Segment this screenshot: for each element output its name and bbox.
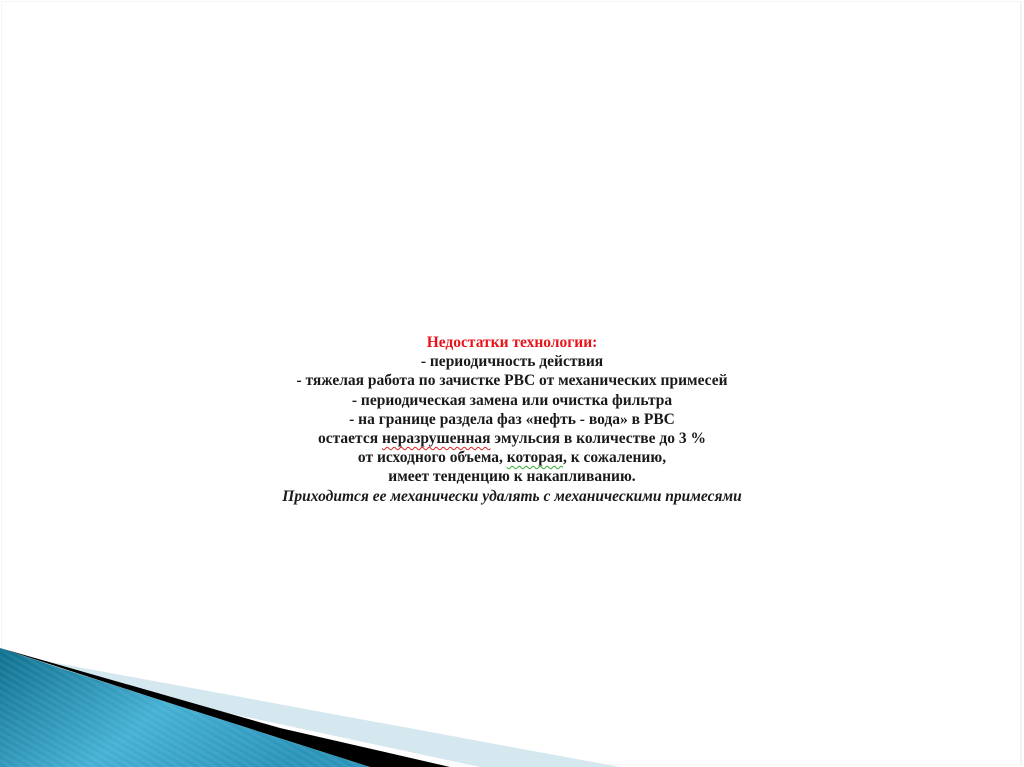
- slide-heading: Недостатки технологии:: [200, 333, 824, 352]
- bullet-line: - периодичность действия: [200, 352, 824, 371]
- text-fragment: , к сожалению,: [563, 449, 666, 466]
- presentation-slide: Недостатки технологии: - периодичность д…: [0, 0, 1024, 767]
- spellcheck-flagged-word: неразрушенная: [382, 430, 491, 447]
- text-line: остается неразрушенная эмульсия в количе…: [200, 429, 824, 448]
- text-line: имеет тенденцию к накапливанию.: [200, 467, 824, 486]
- bullet-line: - на границе раздела фаз «нефть - вода» …: [200, 410, 824, 429]
- grammar-flagged-word: которая: [507, 449, 563, 466]
- swoosh-blue-band: [0, 648, 370, 767]
- conclusion-line: Приходится ее механически удалять с меха…: [200, 487, 824, 506]
- text-fragment: от исходного объема,: [358, 449, 507, 466]
- bullet-line: - периодическая замена или очистка фильт…: [200, 391, 824, 410]
- swoosh-black-band: [0, 648, 450, 767]
- text-fragment: эмульсия в количестве до 3 %: [491, 430, 707, 447]
- slide-text-block: Недостатки технологии: - периодичность д…: [200, 333, 824, 506]
- text-fragment: остается: [318, 430, 382, 447]
- text-line: от исходного объема, которая, к сожалени…: [200, 448, 824, 467]
- bullet-line: - тяжелая работа по зачистке РВС от меха…: [200, 371, 824, 390]
- swoosh-pale-band: [40, 660, 620, 767]
